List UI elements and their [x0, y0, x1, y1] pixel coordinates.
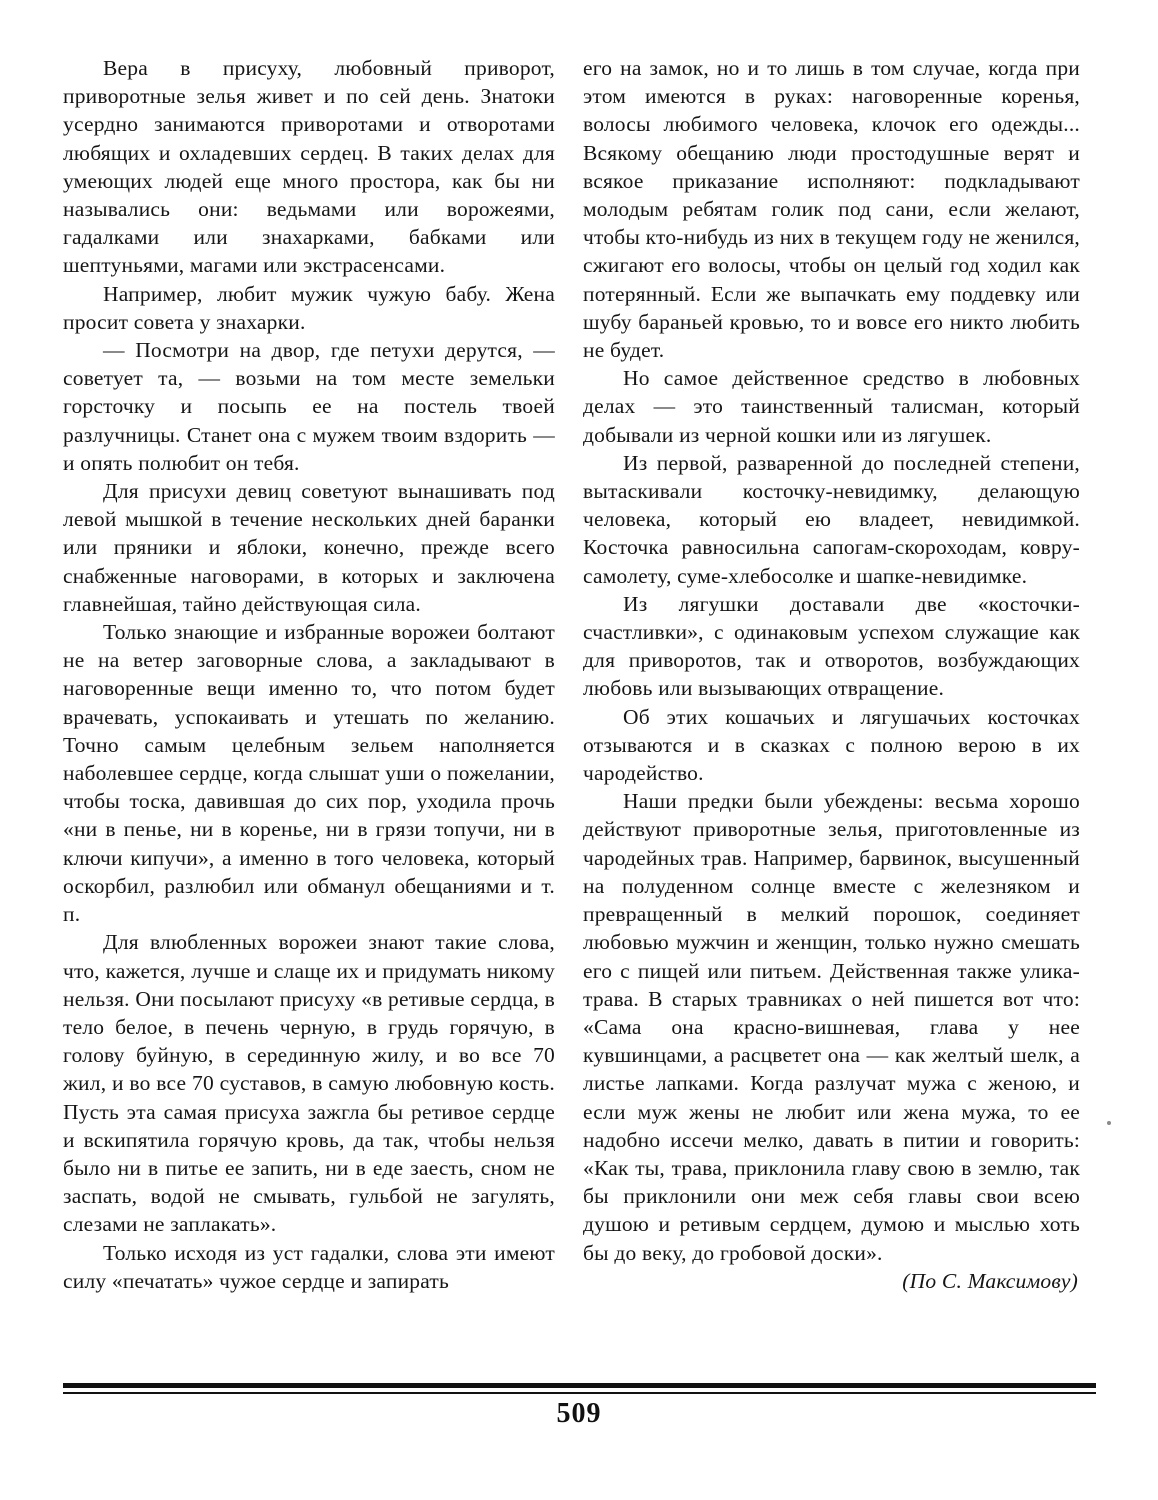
paragraph: Для влюбленных ворожеи знают такие слова…: [63, 928, 555, 1238]
paragraph: Только знающие и избранные ворожеи болта…: [63, 618, 555, 928]
book-page: Вера в присуху, любовный приворот, приво…: [0, 0, 1158, 1500]
paragraph: Наши предки были убеждены: весьма хорошо…: [583, 787, 1080, 1266]
two-column-text-block: Вера в присуху, любовный приворот, приво…: [63, 54, 1080, 1366]
paragraph-continuation: его на замок, но и то лишь в том случае,…: [583, 54, 1080, 364]
paragraph: — Посмотри на двор, где петухи дерутся, …: [63, 336, 555, 477]
paragraph: Для присухи девиц советуют вынашивать по…: [63, 477, 555, 618]
paragraph: Только исходя из уст гадалки, слова эти …: [63, 1239, 555, 1295]
footer-double-rule: [63, 1383, 1096, 1394]
page-number: 509: [0, 1398, 1158, 1430]
paragraph: Из первой, разваренной до последней степ…: [583, 449, 1080, 590]
paragraph: Вера в присуху, любовный приворот, приво…: [63, 54, 555, 280]
paragraph: Из лягушки доставали две «косточки-счаст…: [583, 590, 1080, 703]
left-column: Вера в присуху, любовный приворот, приво…: [63, 54, 555, 1366]
paragraph: Об этих кошачьих и лягушачьих косточках …: [583, 703, 1080, 788]
paragraph: Например, любит мужик чужую бабу. Жена п…: [63, 280, 555, 336]
author-attribution: (По С. Максимову): [583, 1267, 1080, 1295]
scan-artifact-dot: [1107, 1121, 1111, 1125]
right-column: его на замок, но и то лишь в том случае,…: [583, 54, 1080, 1366]
paragraph: Но самое действенное средство в любовных…: [583, 364, 1080, 449]
